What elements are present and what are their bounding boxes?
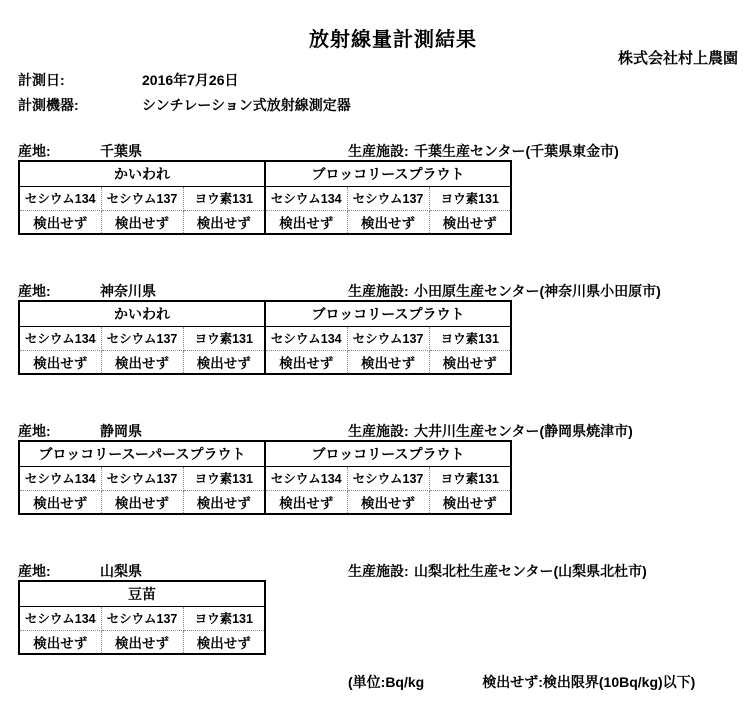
isotope-header: セシウム134	[265, 466, 347, 490]
result-value: 検出せず	[19, 210, 101, 234]
result-value: 検出せず	[19, 630, 101, 654]
section-chiba: 産地: 千葉県 生産施設: 千葉生産センター(千葉県東金市) かいわれ ブロッコ…	[18, 141, 738, 241]
facility-label: 生産施設:	[348, 141, 409, 161]
result-value: 検出せず	[429, 210, 511, 234]
section-kanagawa: 産地: 神奈川県 生産施設: 小田原生産センター(神奈川県小田原市) かいわれ …	[18, 281, 738, 381]
footer-note: (単位:Bq/kg 検出せず:検出限界(10Bq/kg)以下)	[348, 672, 695, 692]
measurement-device-value: シンチレーション式放射線測定器	[142, 95, 351, 115]
result-value: 検出せず	[19, 490, 101, 514]
result-value: 検出せず	[183, 350, 265, 374]
section-yamanashi: 産地: 山梨県 生産施設: 山梨北杜生産センター(山梨県北杜市) 豆苗 セシウム…	[18, 561, 738, 661]
measurement-date-row: 計測日: 2016年7月26日	[18, 70, 65, 90]
measurement-date-label: 計測日:	[18, 72, 65, 88]
result-value: 検出せず	[429, 490, 511, 514]
facility-label: 生産施設:	[348, 281, 409, 301]
origin-value: 静岡県	[100, 421, 142, 441]
origin-label: 産地:	[18, 421, 51, 441]
isotope-header: セシウム134	[19, 326, 101, 350]
origin-label: 産地:	[18, 141, 51, 161]
result-value: 検出せず	[19, 350, 101, 374]
origin-label: 産地:	[18, 281, 51, 301]
facility-value: 山梨北杜生産センター(山梨県北杜市)	[414, 561, 647, 581]
isotope-header: ヨウ素131	[183, 326, 265, 350]
footer-unit-note: (単位:Bq/kg	[348, 672, 424, 692]
result-value: 検出せず	[265, 210, 347, 234]
isotope-header: セシウム137	[347, 466, 429, 490]
isotope-header: セシウム137	[347, 186, 429, 210]
facility-value: 千葉生産センター(千葉県東金市)	[414, 141, 619, 161]
isotope-header: セシウム134	[265, 326, 347, 350]
isotope-header: セシウム134	[19, 466, 101, 490]
isotope-header: セシウム137	[101, 606, 183, 630]
results-table: かいわれ ブロッコリースプラウト セシウム134 セシウム137 ヨウ素131 …	[18, 300, 512, 375]
isotope-header: セシウム134	[19, 606, 101, 630]
result-value: 検出せず	[183, 490, 265, 514]
result-value: 検出せず	[347, 490, 429, 514]
isotope-header: セシウム137	[101, 326, 183, 350]
result-value: 検出せず	[347, 350, 429, 374]
result-value: 検出せず	[347, 210, 429, 234]
company-name: 株式会社村上農園	[618, 47, 738, 68]
facility-value: 大井川生産センター(静岡県焼津市)	[414, 421, 633, 441]
facility-label: 生産施設:	[348, 561, 409, 581]
isotope-header: ヨウ素131	[429, 326, 511, 350]
facility-label: 生産施設:	[348, 421, 409, 441]
result-value: 検出せず	[101, 210, 183, 234]
result-value: 検出せず	[101, 350, 183, 374]
product-header: ブロッコリースプラウト	[265, 301, 511, 326]
origin-label: 産地:	[18, 561, 51, 581]
product-header: ブロッコリースプラウト	[265, 441, 511, 466]
isotope-header: ヨウ素131	[183, 606, 265, 630]
product-header: 豆苗	[19, 581, 265, 606]
result-value: 検出せず	[101, 490, 183, 514]
isotope-header: セシウム134	[19, 186, 101, 210]
result-value: 検出せず	[265, 490, 347, 514]
section-shizuoka: 産地: 静岡県 生産施設: 大井川生産センター(静岡県焼津市) ブロッコリースー…	[18, 421, 738, 521]
product-header: ブロッコリースプラウト	[265, 161, 511, 186]
isotope-header: セシウム137	[347, 326, 429, 350]
product-header: かいわれ	[19, 161, 265, 186]
isotope-header: ヨウ素131	[183, 466, 265, 490]
results-table: 豆苗 セシウム134 セシウム137 ヨウ素131 検出せず 検出せず 検出せず	[18, 580, 266, 655]
measurement-device-label: 計測機器:	[18, 97, 79, 113]
isotope-header: セシウム134	[265, 186, 347, 210]
result-value: 検出せず	[183, 210, 265, 234]
isotope-header: セシウム137	[101, 186, 183, 210]
isotope-header: ヨウ素131	[429, 466, 511, 490]
origin-value: 神奈川県	[100, 281, 156, 301]
result-value: 検出せず	[429, 350, 511, 374]
isotope-header: ヨウ素131	[429, 186, 511, 210]
product-header: ブロッコリースーパースプラウト	[19, 441, 265, 466]
origin-value: 山梨県	[100, 561, 142, 581]
results-table: かいわれ ブロッコリースプラウト セシウム134 セシウム137 ヨウ素131 …	[18, 160, 512, 235]
facility-value: 小田原生産センター(神奈川県小田原市)	[414, 281, 661, 301]
isotope-header: セシウム137	[101, 466, 183, 490]
origin-value: 千葉県	[100, 141, 142, 161]
footer-detection-limit-note: 検出せず:検出限界(10Bq/kg)以下)	[482, 672, 695, 692]
isotope-header: ヨウ素131	[183, 186, 265, 210]
result-value: 検出せず	[101, 630, 183, 654]
results-table: ブロッコリースーパースプラウト ブロッコリースプラウト セシウム134 セシウム…	[18, 440, 512, 515]
result-value: 検出せず	[183, 630, 265, 654]
measurement-date-value: 2016年7月26日	[142, 70, 239, 90]
result-value: 検出せず	[265, 350, 347, 374]
product-header: かいわれ	[19, 301, 265, 326]
measurement-device-row: 計測機器: シンチレーション式放射線測定器	[18, 95, 79, 115]
